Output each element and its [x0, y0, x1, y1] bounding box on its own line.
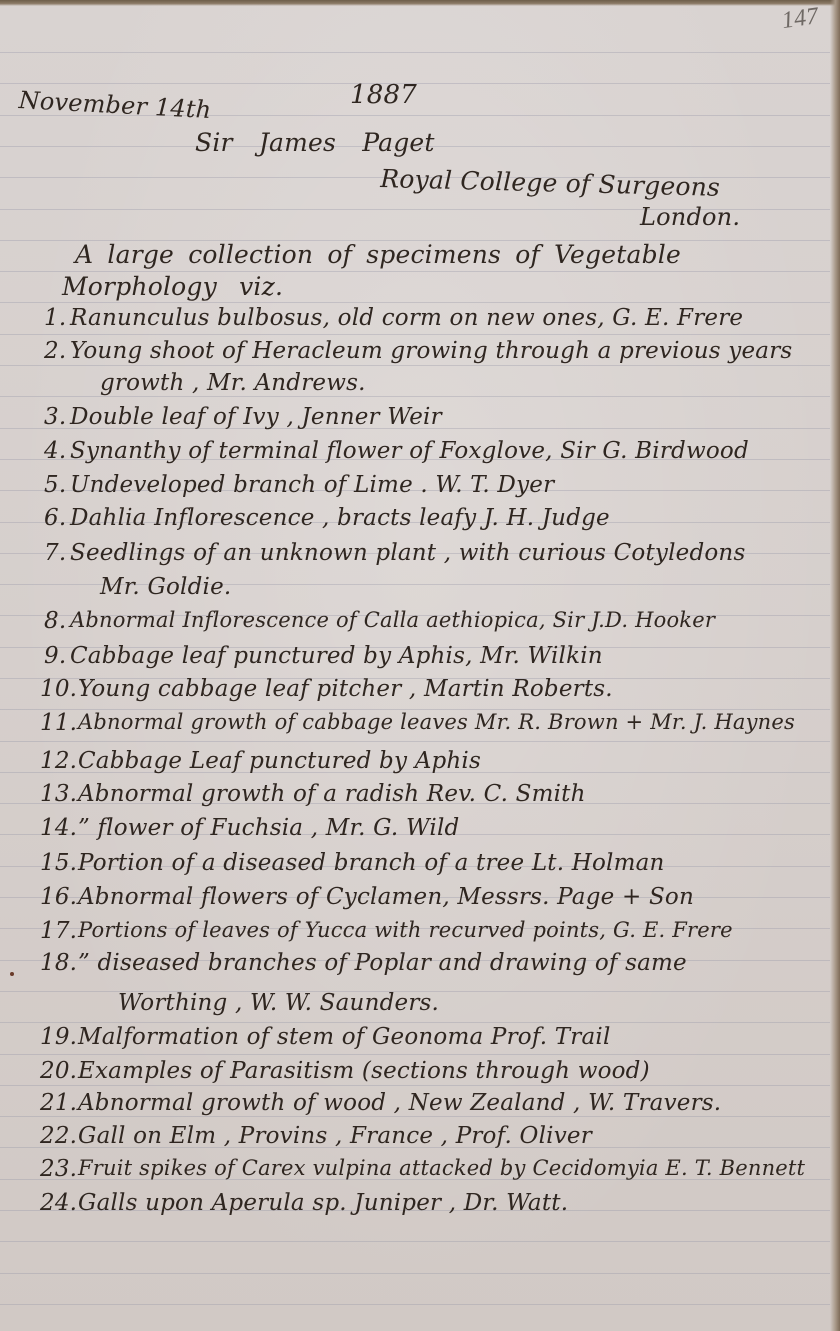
entry-description: Double leaf of Ivy , Jenner Weir: [70, 404, 442, 430]
donor-city: London.: [640, 203, 740, 231]
entry-number: 9.: [44, 643, 66, 669]
entry-description: Malformation of stem of Geonoma Prof. Tr…: [78, 1024, 611, 1050]
entry-number: 21.: [40, 1090, 77, 1116]
entry-number: 8.: [44, 608, 66, 634]
entry-description: Abnormal growth of cabbage leaves Mr. R.…: [78, 710, 795, 734]
entry-number: 14.: [40, 815, 77, 841]
entry-description: Synanthy of terminal flower of Foxglove,…: [70, 438, 749, 464]
entry-description: Abnormal Inflorescence of Calla aethiopi…: [70, 608, 715, 632]
entry-number: 12.: [40, 748, 77, 774]
ruled-line: [0, 334, 830, 335]
entry-number: 3.: [44, 404, 66, 430]
ruled-line: [0, 302, 830, 303]
entry-number: 2.: [44, 338, 66, 364]
entry-description: Undeveloped branch of Lime . W. T. Dyer: [70, 472, 554, 498]
entry-number: 1.: [44, 305, 66, 331]
ruled-line: [0, 1241, 830, 1242]
page-number: 147: [780, 3, 820, 35]
entry-number: 11.: [40, 710, 77, 736]
entry-number: 4.: [44, 438, 66, 464]
entry-description: Cabbage Leaf punctured by Aphis: [78, 748, 481, 774]
entry-continuation: Mr. Goldie.: [100, 574, 231, 600]
entry-description: ” diseased branches of Poplar and drawin…: [78, 950, 687, 976]
entry-continuation: Worthing , W. W. Saunders.: [118, 990, 439, 1016]
entry-description: Fruit spikes of Carex vulpina attacked b…: [78, 1156, 805, 1180]
entry-number: 20.: [40, 1058, 77, 1084]
entry-number: 18.: [40, 950, 77, 976]
entry-number: 6.: [44, 505, 66, 531]
ruled-line: [0, 1273, 830, 1274]
entry-description: Abnormal flowers of Cyclamen, Messrs. Pa…: [78, 884, 694, 910]
entry-continuation: growth , Mr. Andrews.: [100, 370, 366, 396]
ruled-line: [0, 1304, 830, 1305]
ruled-line: [0, 365, 830, 366]
entry-number: 22.: [40, 1123, 77, 1149]
intro-line-2: Morphology viz.: [62, 272, 283, 301]
entry-number: 16.: [40, 884, 77, 910]
donor-institution: Royal College of Surgeons: [380, 164, 720, 202]
entry-description: Abnormal growth of wood , New Zealand , …: [78, 1090, 721, 1116]
entry-description: Abnormal growth of a radish Rev. C. Smit…: [78, 781, 586, 807]
entry-number: 7.: [44, 540, 66, 566]
entry-description: Dahlia Inflorescence , bracts leafy J. H…: [70, 505, 610, 531]
entry-number: 13.: [40, 781, 77, 807]
ruled-line: [0, 1054, 830, 1055]
entry-description: Galls upon Aperula sp. Juniper , Dr. Wat…: [78, 1190, 568, 1216]
entry-description: Gall on Elm , Provins , France , Prof. O…: [78, 1123, 592, 1149]
ruled-line: [0, 396, 830, 397]
entry-description: ” flower of Fuchsia , Mr. G. Wild: [78, 815, 459, 841]
ink-blot: [10, 972, 14, 976]
entry-number: 10.: [40, 676, 77, 702]
page-top-edge: [0, 0, 840, 6]
page-binding-edge: [830, 0, 840, 1331]
entry-description: Seedlings of an unknown plant , with cur…: [70, 540, 745, 566]
entry-date: November 14th: [18, 86, 212, 124]
entry-description: Ranunculus bulbosus, old corm on new one…: [70, 305, 743, 331]
entry-number: 19.: [40, 1024, 77, 1050]
entry-year: 1887: [350, 80, 417, 110]
entry-number: 24.: [40, 1190, 77, 1216]
entry-description: Examples of Parasitism (sections through…: [78, 1058, 650, 1084]
ruled-line: [0, 1085, 830, 1086]
ruled-line: [0, 741, 830, 742]
donor-name: Sir James Paget: [195, 128, 435, 157]
entry-number: 15.: [40, 850, 77, 876]
intro-line-1: A large collection of specimens of Veget…: [75, 240, 681, 269]
entry-description: Young shoot of Heracleum growing through…: [70, 338, 792, 364]
manuscript-page: 147 November 14th 1887 Sir James Paget R…: [0, 0, 840, 1331]
entry-number: 23.: [40, 1156, 77, 1182]
entry-description: Cabbage leaf punctured by Aphis, Mr. Wil…: [70, 643, 603, 669]
entry-number: 5.: [44, 472, 66, 498]
entry-number: 17.: [40, 918, 77, 944]
ruled-line: [0, 1116, 830, 1117]
entry-description: Portions of leaves of Yucca with recurve…: [78, 918, 733, 942]
entry-description: Young cabbage leaf pitcher , Martin Robe…: [78, 676, 613, 702]
entry-description: Portion of a diseased branch of a tree L…: [78, 850, 665, 876]
ruled-line: [0, 1022, 830, 1023]
ruled-line: [0, 52, 830, 53]
